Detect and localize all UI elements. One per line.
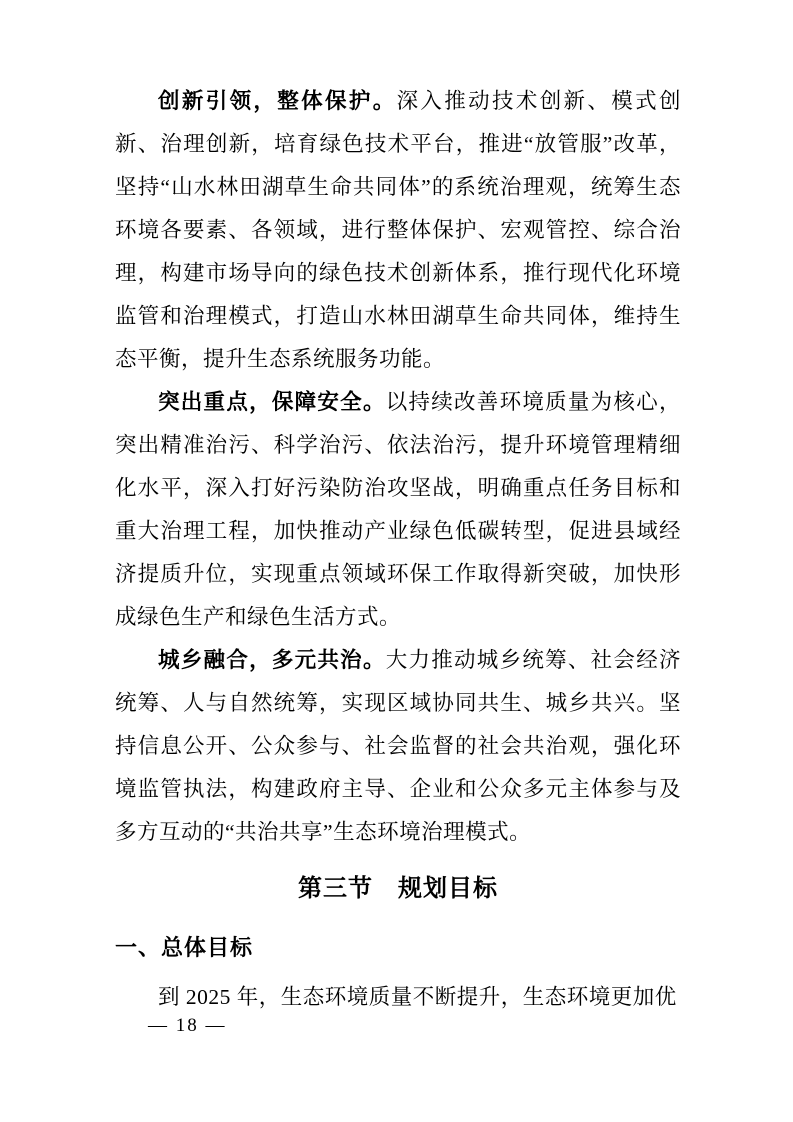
paragraph-innovation: 创新引领，整体保护。深入推动技术创新、模式创新、治理创新，培育绿色技术平台，推进… <box>115 80 681 381</box>
paragraph-text: 大力推动城乡统筹、社会经济统筹、人与自然统筹，实现区域协同共生、城乡共兴。坚持信… <box>115 648 681 844</box>
paragraph-key-points: 突出重点，保障安全。以持续改善环境质量为核心，突出精准治污、科学治污、依法治污，… <box>115 381 681 639</box>
document-page: 创新引领，整体保护。深入推动技术创新、模式创新、治理创新，培育绿色技术平台，推进… <box>0 0 793 1122</box>
subsection-heading: 一、总体目标 <box>115 926 681 970</box>
paragraph-lead: 创新引领，整体保护。 <box>158 89 397 113</box>
paragraph-urban-rural: 城乡融合，多元共治。大力推动城乡统筹、社会经济统筹、人与自然统筹，实现区域协同共… <box>115 639 681 854</box>
section-heading: 第三节 规划目标 <box>115 866 681 912</box>
paragraph-lead: 突出重点，保障安全。 <box>158 390 386 414</box>
paragraph-text: 深入推动技术创新、模式创新、治理创新，培育绿色技术平台，推进“放管服”改革，坚持… <box>115 89 681 371</box>
paragraph-lead: 城乡融合，多元共治。 <box>158 648 386 672</box>
page-number-footer: — 18 — <box>148 1014 227 1038</box>
page-content: 创新引领，整体保护。深入推动技术创新、模式创新、治理创新，培育绿色技术平台，推进… <box>115 80 681 1019</box>
paragraph-overall-goal-first-line: 到 2025 年，生态环境质量不断提升，生态环境更加优 <box>115 976 681 1019</box>
paragraph-text: 以持续改善环境质量为核心，突出精准治污、科学治污、依法治污，提升环境管理精细化水… <box>115 390 681 629</box>
